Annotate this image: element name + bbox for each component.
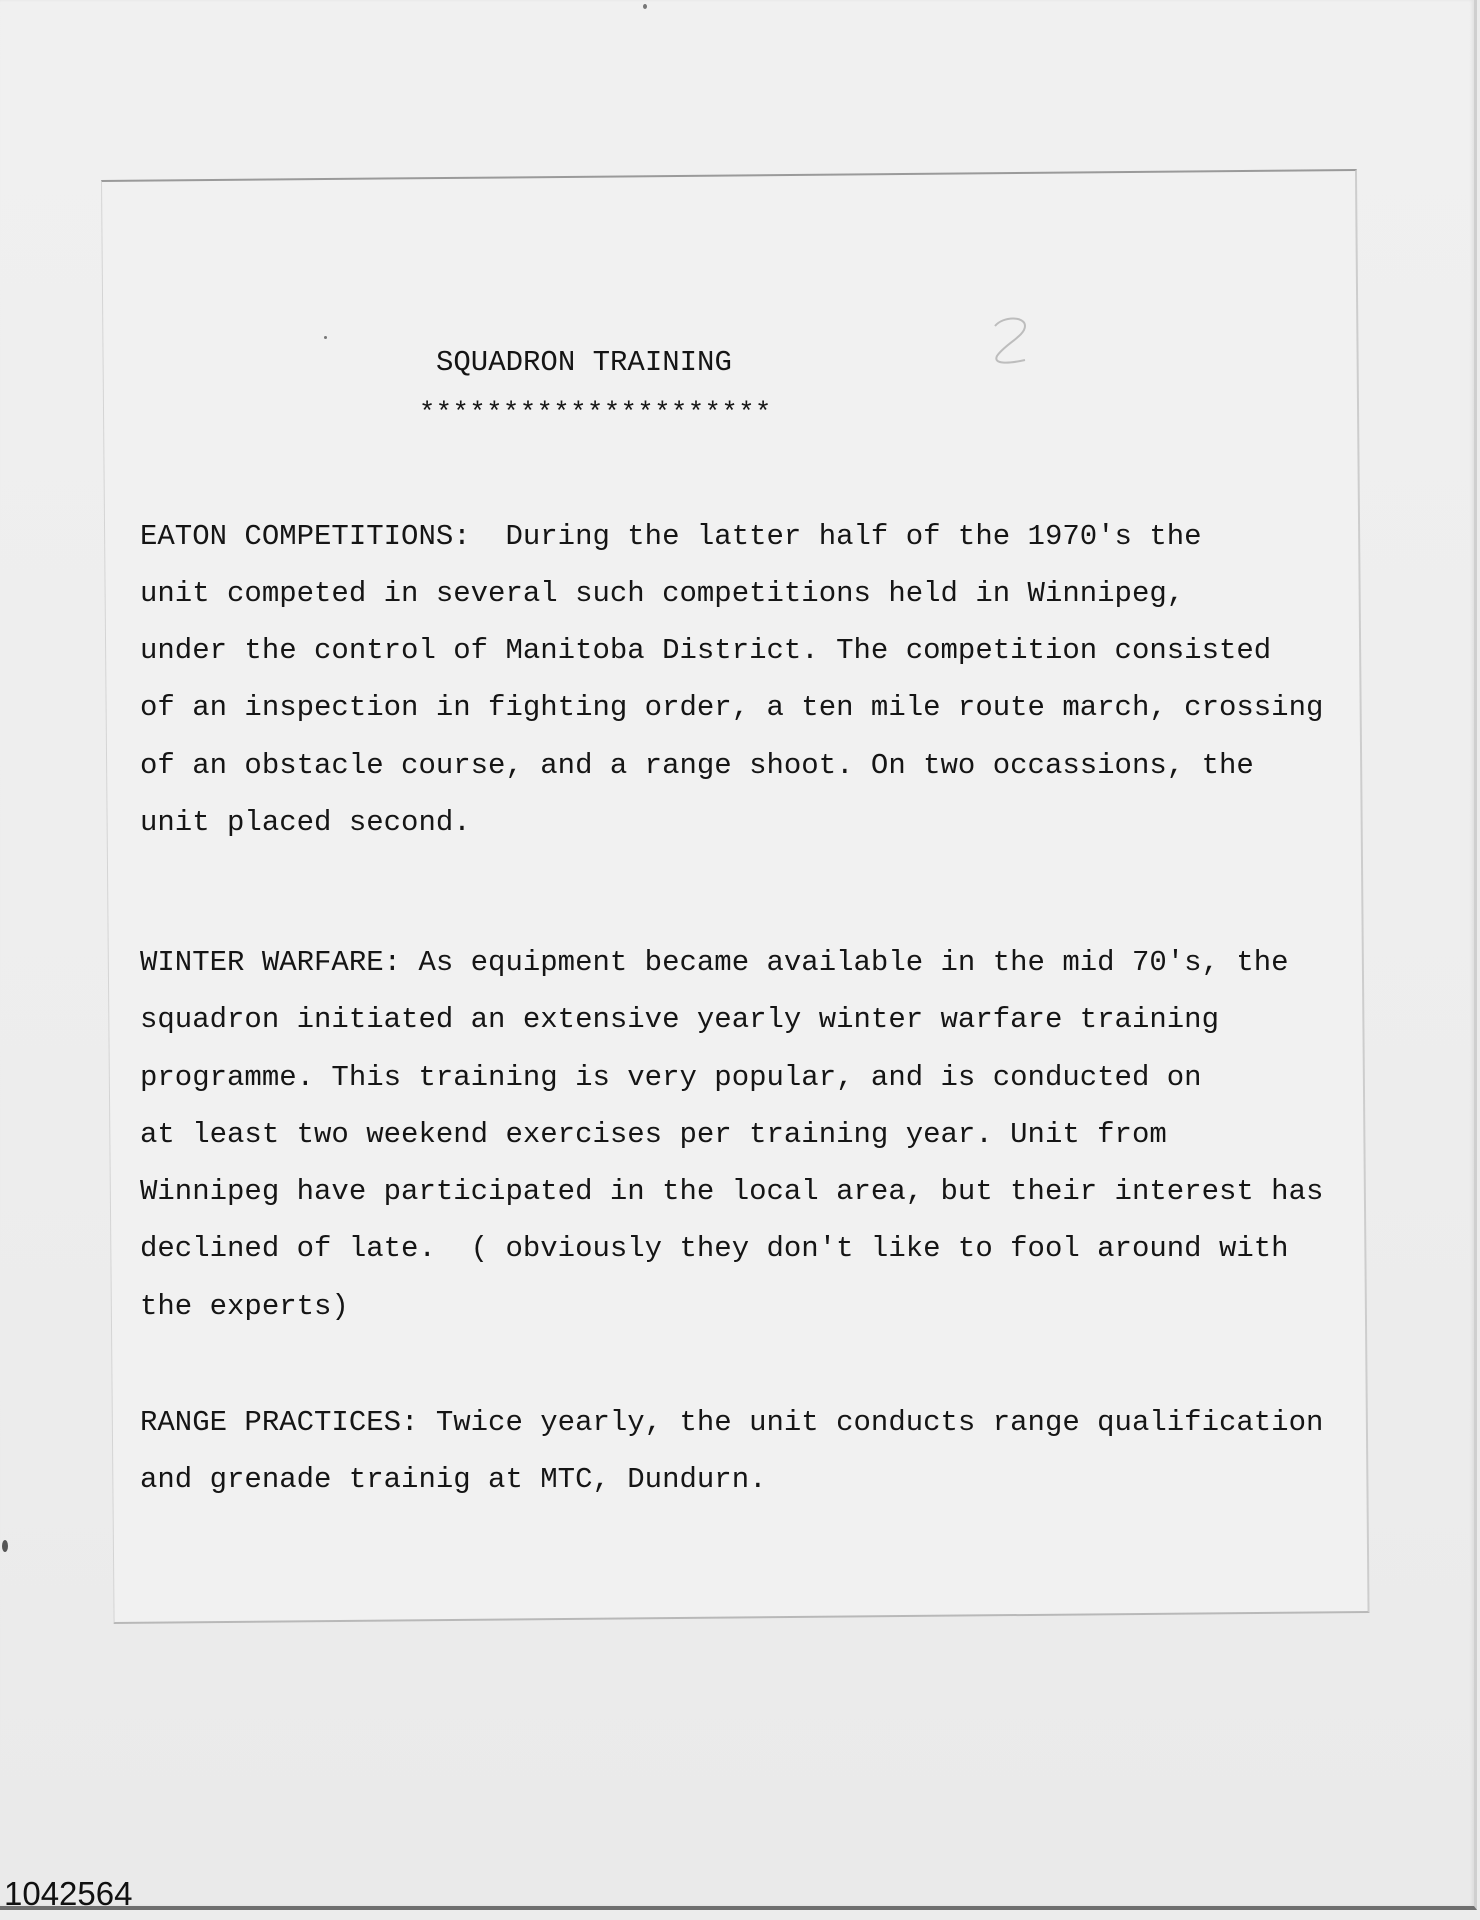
text-line: the experts): [140, 1290, 349, 1323]
text-line: RANGE PRACTICES: Twice yearly, the unit …: [140, 1406, 1323, 1439]
text-line: unit competed in several such competitio…: [140, 577, 1184, 610]
text-line: at least two weekend exercises per train…: [140, 1118, 1167, 1151]
pencil-page-number-mark: [985, 312, 1035, 370]
text-line: declined of late. ( obviously they don't…: [140, 1232, 1289, 1265]
text-line: unit placed second.: [140, 806, 471, 839]
text-line: under the control of Manitoba District. …: [140, 634, 1271, 667]
scanned-sheet: SQUADRON TRAINING ********************* …: [0, 0, 1477, 1910]
text-line: EATON COMPETITIONS: During the latter ha…: [140, 520, 1202, 553]
speck: [643, 4, 647, 9]
text-line: WINTER WARFARE: As equipment became avai…: [140, 946, 1289, 979]
text-line: of an obstacle course, and a range shoot…: [140, 749, 1254, 782]
archive-id-label: 1042564: [4, 1876, 132, 1912]
text-line: of an inspection in fighting order, a te…: [140, 691, 1323, 724]
title-asterisk-rule: *********************: [419, 400, 772, 429]
text-line: and grenade trainig at MTC, Dundurn.: [140, 1463, 767, 1496]
page-title: SQUADRON TRAINING: [436, 348, 732, 377]
speck: [324, 336, 327, 339]
text-line: squadron initiated an extensive yearly w…: [140, 1003, 1219, 1036]
text-line: programme. This training is very popular…: [140, 1061, 1202, 1094]
speck: [2, 1540, 8, 1552]
text-line: Winnipeg have participated in the local …: [140, 1175, 1323, 1208]
